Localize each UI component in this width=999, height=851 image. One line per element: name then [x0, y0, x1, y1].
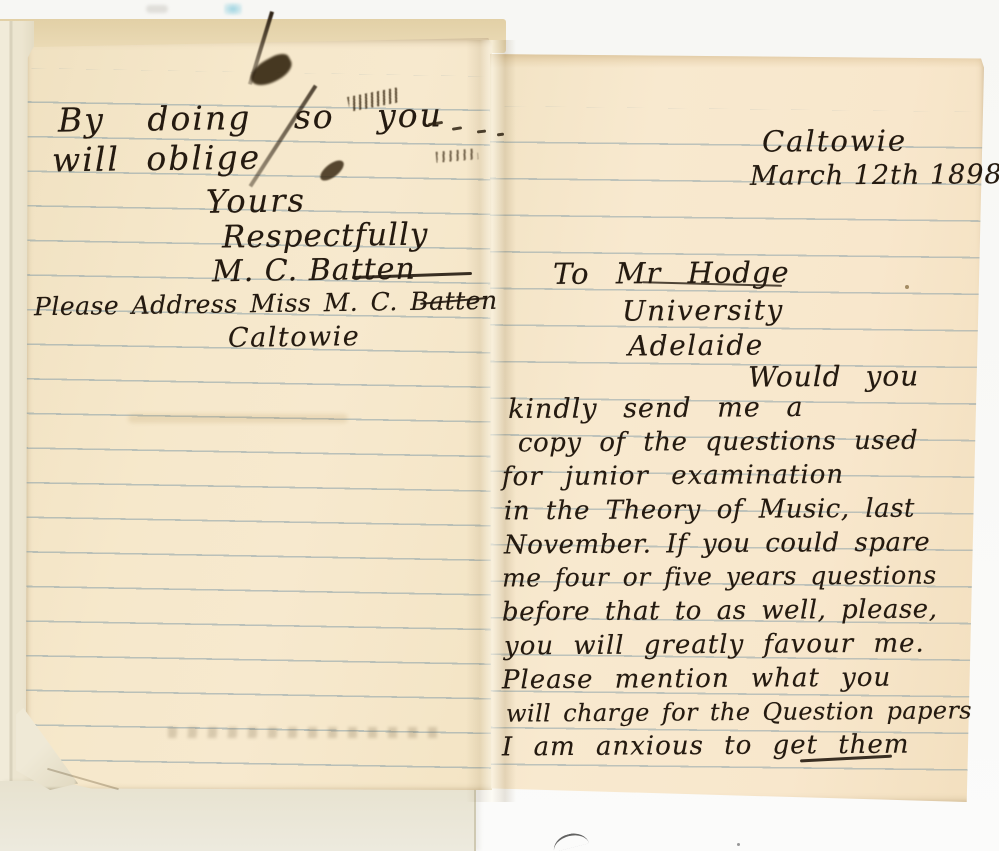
handwriting-line: To Mr Hodge	[553, 255, 790, 291]
handwriting-line: Yours	[206, 181, 306, 220]
handwriting-line: for junior examination	[502, 460, 844, 492]
handwriting-line: before that to as well, please,	[502, 594, 938, 627]
handwriting-place: Caltowie	[762, 123, 907, 158]
ink-dot	[737, 843, 740, 846]
handwriting-date: March 12th 1898	[750, 159, 999, 192]
scanned-letter-document: By doing so you will oblige Yours Respec…	[0, 0, 999, 851]
handwriting-line: kindly send me a	[508, 392, 804, 425]
handwriting-line: you will greatly favour me.	[504, 629, 925, 662]
handwriting-line: in the Theory of Music, last	[504, 494, 915, 527]
under-sheet-bottom	[0, 781, 476, 851]
handwriting-line: Adelaide	[628, 329, 764, 363]
handwriting-line: will oblige	[52, 138, 262, 180]
handwriting-line: Caltowie	[228, 321, 361, 354]
scanner-gray-speck	[146, 5, 168, 13]
handwriting-line: By doing so you	[58, 95, 443, 139]
handwriting-line: November. If you could spare	[504, 528, 930, 561]
handwriting-line: I am anxious to get them	[502, 730, 910, 763]
handwriting-line: will charge for the Question papers	[506, 696, 972, 727]
handwriting-line: Respectfully	[222, 217, 429, 256]
handwriting-line: copy of the questions used	[518, 426, 918, 459]
scanner-blue-speck	[224, 3, 242, 15]
handwriting-line: me four or five years questions	[502, 560, 937, 592]
handwriting-line: Would you	[748, 359, 919, 393]
handwriting-line: Please mention what you	[502, 663, 891, 696]
pen-squiggle-mark	[551, 830, 589, 851]
handwriting-line: University	[622, 293, 784, 327]
handwriting-line: M. C. Batten	[212, 252, 416, 290]
